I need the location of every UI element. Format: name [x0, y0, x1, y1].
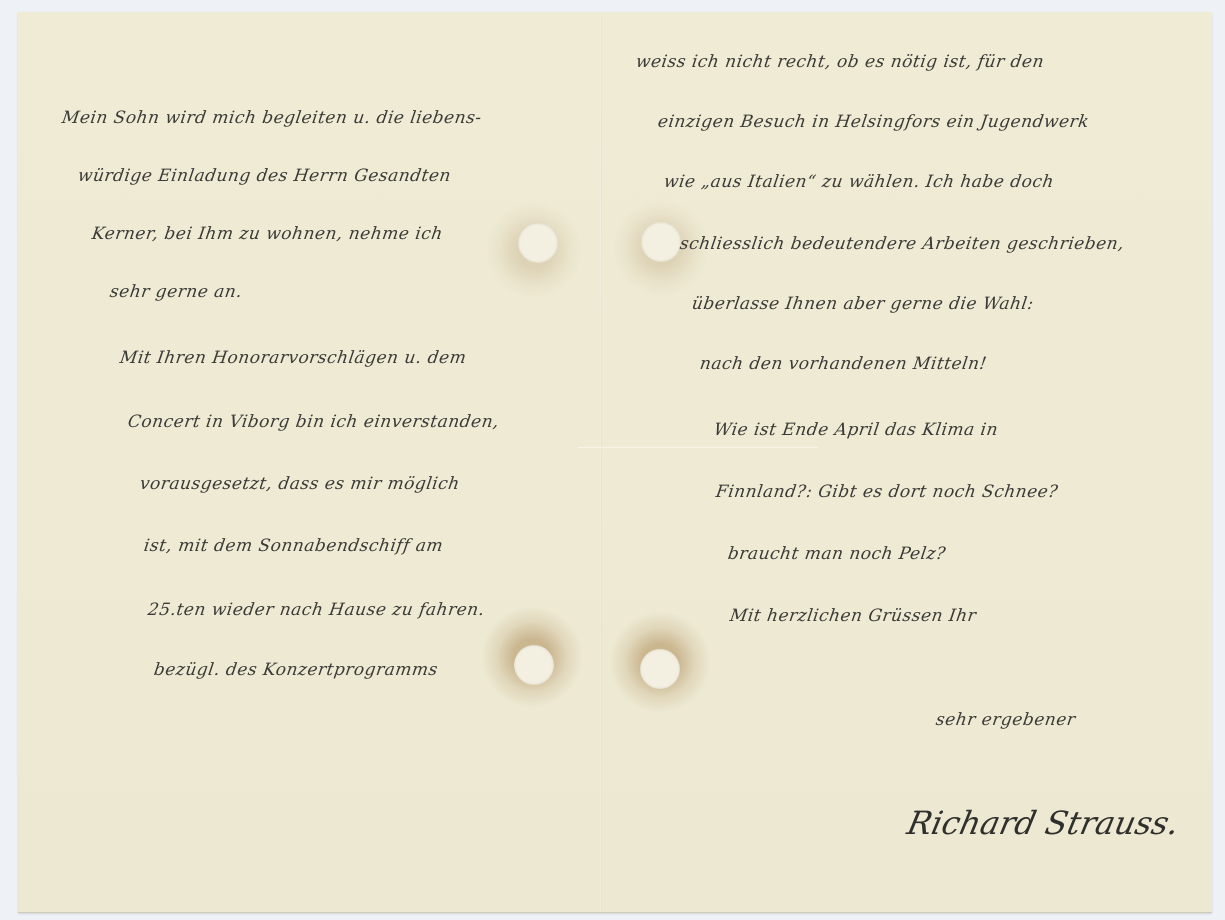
- punch-hole-right-top: [641, 222, 681, 262]
- letter-line: Kerner, bei Ihm zu wohnen, nehme ich: [91, 224, 445, 244]
- signature-last-name: Strauss.: [1042, 804, 1183, 842]
- punch-hole-left-top: [518, 223, 558, 263]
- letter-line: Concert in Viborg bin ich einverstanden,: [127, 412, 501, 432]
- letter-line: Wie ist Ende April das Klima in: [713, 420, 1000, 440]
- letter-line: braucht man noch Pelz?: [727, 544, 948, 564]
- letter-closing: sehr ergebener: [935, 710, 1077, 730]
- letter-line: Finnland?: Gibt es dort noch Schnee?: [715, 482, 1060, 502]
- letter-line: Mein Sohn wird mich begleiten u. die lie…: [61, 108, 483, 128]
- letter-line: nach den vorhandenen Mitteln!: [699, 354, 989, 374]
- letter-line: wie „aus Italien“ zu wählen. Ich habe do…: [663, 172, 1056, 192]
- letter-line: einzigen Besuch in Helsingfors ein Jugen…: [657, 112, 1091, 132]
- letter-sheet: Mein Sohn wird mich begleiten u. die lie…: [18, 12, 1212, 913]
- letter-line: sehr gerne an.: [109, 282, 244, 302]
- center-fold: [600, 12, 602, 912]
- letter-line: 25.ten wieder nach Hause zu fahren.: [147, 600, 486, 620]
- letter-line: überlasse Ihnen aber gerne die Wahl:: [691, 294, 1035, 314]
- letter-line: würdige Einladung des Herrn Gesandten: [77, 166, 453, 186]
- horizontal-crease: [578, 447, 818, 448]
- letter-line: vorausgesetzt, dass es mir möglich: [139, 474, 461, 494]
- signature-first-name: Richard: [904, 804, 1040, 842]
- letter-line: ist, mit dem Sonnabendschiff am: [143, 536, 445, 556]
- punch-hole-right-bottom: [640, 649, 680, 689]
- letter-line: weiss ich nicht recht, ob es nötig ist, …: [635, 52, 1046, 72]
- punch-hole-left-bottom: [514, 645, 554, 685]
- letter-line: schliesslich bedeutendere Arbeiten gesch…: [679, 234, 1126, 254]
- letter-line: Mit herzlichen Grüssen Ihr: [729, 606, 978, 626]
- letter-line: bezügl. des Konzertprogramms: [153, 660, 440, 680]
- signature: Richard Strauss.: [904, 804, 1183, 842]
- letter-line: Mit Ihren Honorarvorschlägen u. dem: [119, 348, 468, 368]
